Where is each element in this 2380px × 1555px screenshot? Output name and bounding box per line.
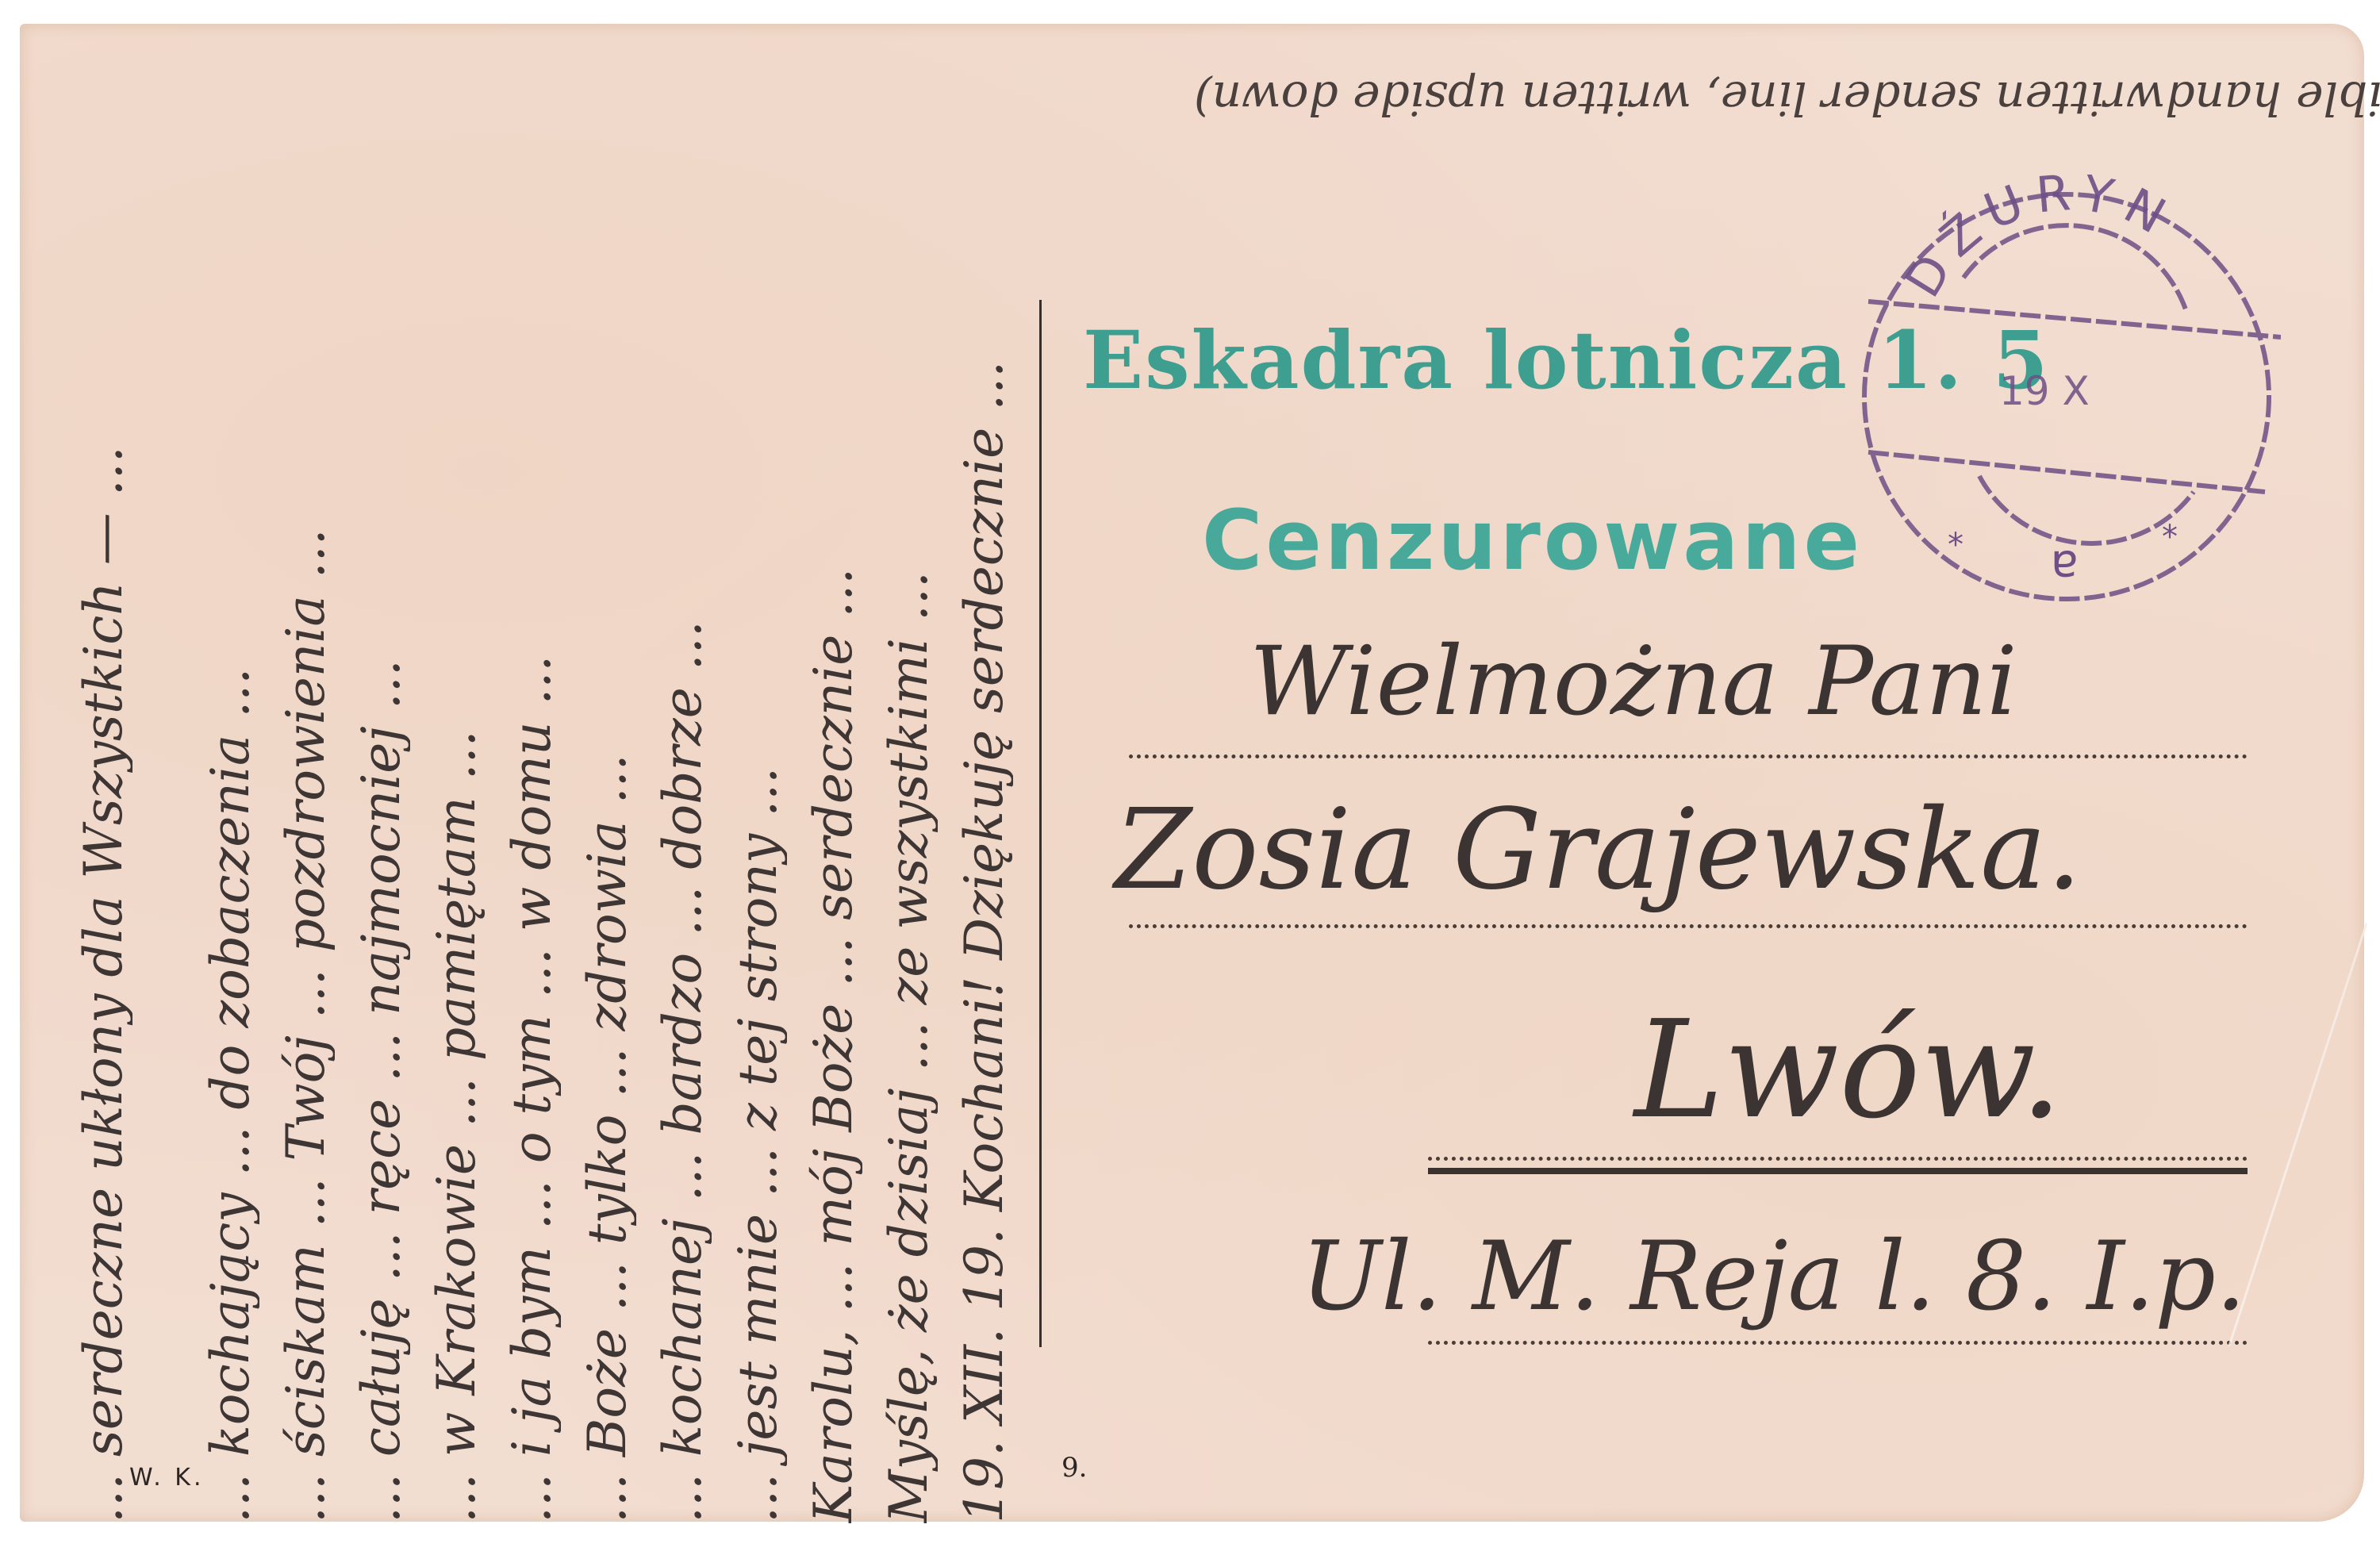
message-column: ... całuję ... ręce ... najmocniej ... [353,71,410,1523]
center-divider [1039,300,1042,1347]
address-rule-3 [1428,1157,2248,1161]
postmark: DŹURYN 19 X * * a [1852,175,2281,603]
star-icon: * [2162,519,2178,555]
sender-note: (illegible handwritten sender line, writ… [1194,71,2380,125]
address-rule-4 [1428,1341,2248,1345]
address-street: Ul. M. Reja l. 8. I.p. [1301,1222,2246,1332]
star-icon: * [1948,527,1963,563]
handwritten-message: 19. XII. 19. Kochani! Dziękuję serdeczni… [52,71,1035,1523]
address-city: Lwów. [1634,992,2063,1149]
message-column: ... kochanej ... bardzo ... dobrze ... [654,71,712,1523]
postmark-letter: a [2050,540,2079,594]
message-column: Myślę, że dzisiaj ... ze wszystkimi ... [881,71,938,1523]
address-rule-1 [1129,754,2248,758]
message-column: ... i ja bym ... o tym ... w domu ... [504,71,561,1523]
message-column: ... jest mnie ... z tej strony ... [730,71,787,1523]
message-column: 19. XII. 19. Kochani! Dziękuję serdeczni… [956,71,1013,1523]
card-number: 9. [1061,1452,1087,1484]
destination-underline [1428,1168,2248,1174]
address-rule-2 [1129,924,2248,928]
message-column: ... kochający ... do zobaczenia ... [202,71,259,1523]
address-salutation: Wielmożna Pani [1249,627,2017,737]
publisher-initials: W. K. [129,1464,205,1492]
message-column: ... Boże ... tylko ... zdrowia ... [579,71,636,1523]
address-recipient: Zosia Grajewska. [1115,785,2082,915]
message-column: ... serdeczne ukłony dla Wszystkich — ..… [75,71,132,1523]
postmark-date: 19 X [1999,368,2090,414]
message-column: ... ściskam ... Twój ... pozdrowienia ..… [278,71,335,1523]
message-column: Karolu, ... mój Boże ... serdecznie ... [805,71,862,1523]
censor-stamp: Cenzurowane [1202,492,1863,589]
message-column: ... w Krakowie ... pamiętam ... [428,71,486,1523]
